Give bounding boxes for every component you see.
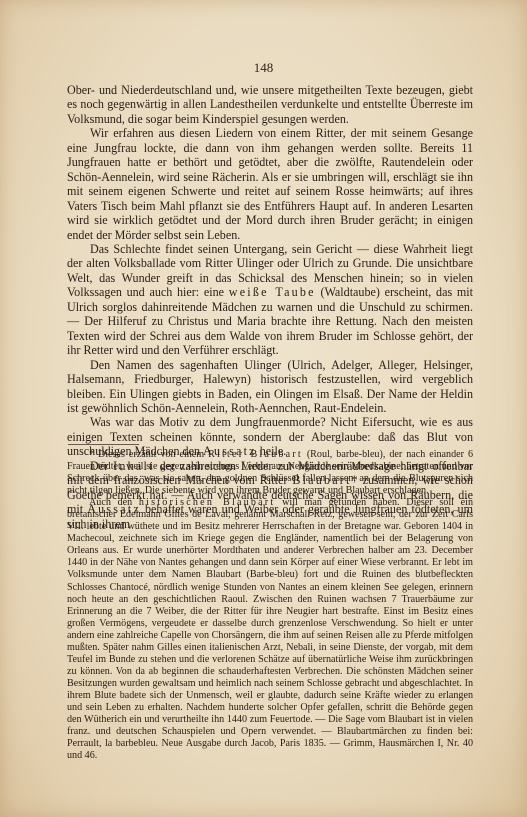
text-run: Auch den <box>89 497 139 508</box>
main-text-paragraph: Wir erfahren aus diesen Liedern von eine… <box>67 126 473 242</box>
main-text-paragraph: Den Namen des sagenhaften Ulinger (Ulric… <box>67 358 473 416</box>
main-text-paragraph: Das Schlechte findet seinen Untergang, s… <box>67 242 473 358</box>
main-text-paragraph: Ober- und Niederdeutschland und, wie uns… <box>67 83 473 126</box>
book-page: 148 Ober- und Niederdeutschland und, wie… <box>0 0 527 817</box>
emphasized-text: Ritter Blaubart <box>208 449 303 460</box>
footnote-separator <box>68 444 139 445</box>
text-run: Den Namen des sagenhaften Ulinger (Ulric… <box>67 358 473 415</box>
page-number: 148 <box>0 60 527 76</box>
emphasized-text: weiße Taube <box>229 285 316 299</box>
footnote-paragraph: Auch den historischen Blaubart will man … <box>67 497 473 762</box>
emphasized-text: historischen Blaubart <box>139 497 275 508</box>
footnote-paragraph: * Dieses erzählt von einem Ritter Blauba… <box>67 449 473 497</box>
text-run: Wir erfahren aus diesen Liedern von eine… <box>67 126 473 241</box>
footnote: * Dieses erzählt von einem Ritter Blauba… <box>67 449 473 762</box>
text-run: Ober- und Niederdeutschland und, wie uns… <box>67 83 473 126</box>
text-run: * Dieses erzählt von einem <box>89 449 208 460</box>
text-run: will man gefunden haben. Dieser soll ein… <box>67 497 473 761</box>
